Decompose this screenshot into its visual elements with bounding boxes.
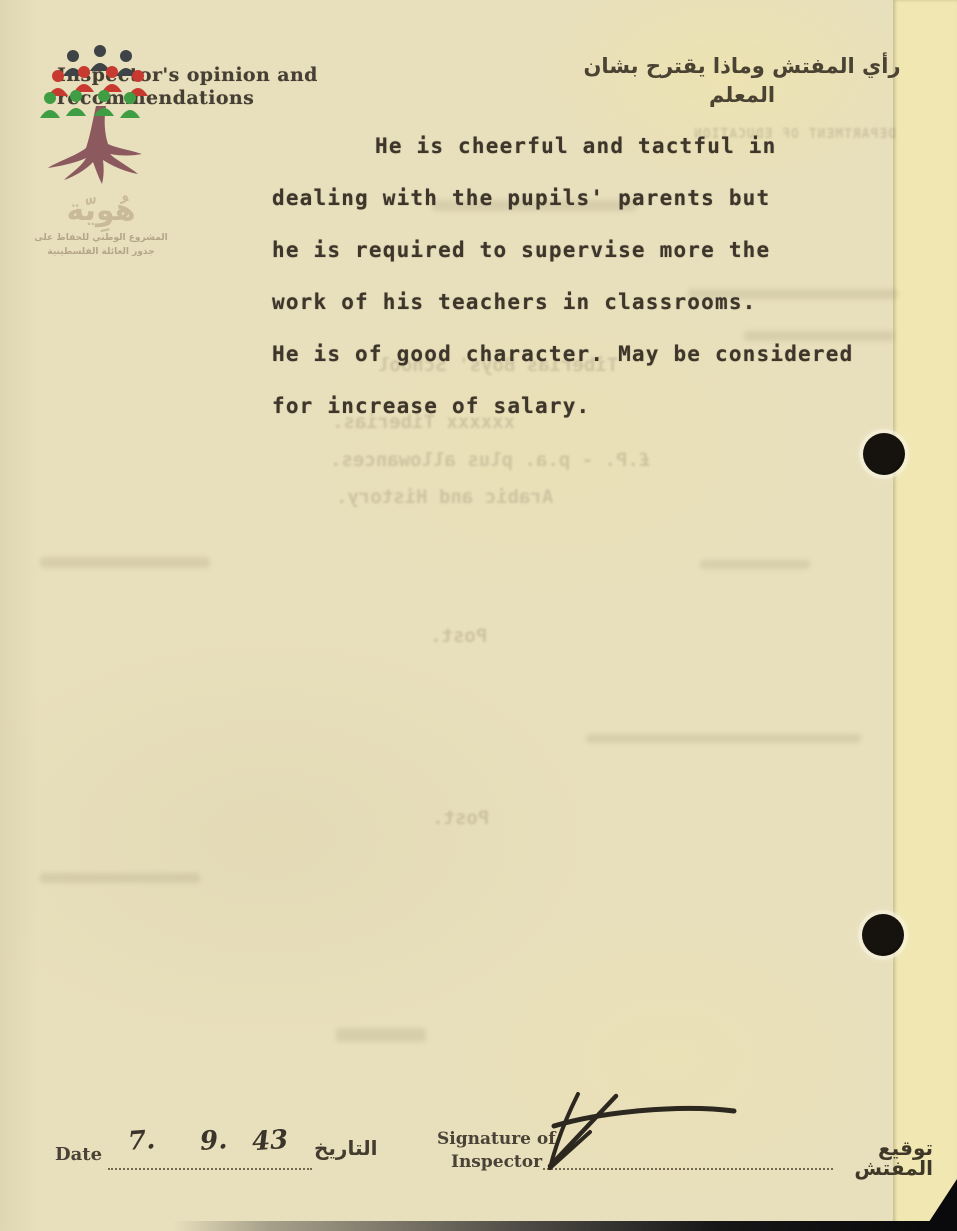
handwritten-date-month: 9. — [199, 1127, 228, 1155]
archive-watermark: هُوِيّة المشروع الوطني للحفاظ على جذور ا… — [26, 44, 176, 259]
hole-punch — [863, 433, 905, 475]
section-title-arabic: رأي المفتش وماذا يقترح بشان المعلم — [577, 52, 907, 111]
handwritten-date-day: 7. — [127, 1127, 156, 1155]
remark-line: for increase of salary. — [272, 380, 920, 432]
scan-edge-strip — [0, 1221, 957, 1231]
bleed-through-text: £.P. - p.a. plus allowances. — [330, 451, 650, 470]
bleed-through-text: Post. — [430, 627, 487, 646]
remark-line: he is required to supervise more the — [272, 224, 920, 276]
bleed-through-smudge — [40, 873, 200, 883]
hole-punch — [862, 914, 904, 956]
inspector-signature — [520, 1088, 780, 1183]
bleed-through-smudge — [586, 734, 861, 743]
remark-line: dealing with the pupils' parents but — [272, 172, 920, 224]
logo-tagline-line2: جذور العائلة الفلسطينية — [47, 247, 154, 257]
people-tree-icon — [26, 44, 176, 194]
scanned-document-page: DEPARTMENT OF EDUCATION Tiberias Boys' S… — [0, 0, 957, 1231]
typewritten-remarks: He is cheerful and tactful in dealing wi… — [272, 120, 920, 432]
logo-tagline-arabic: المشروع الوطني للحفاظ على جذور العائلة ا… — [26, 232, 176, 259]
bleed-through-smudge — [336, 1028, 426, 1042]
remark-line: He is of good character. May be consider… — [272, 328, 920, 380]
bleed-through-smudge — [40, 557, 210, 568]
logo-wordmark-arabic: هُوِيّة — [26, 196, 176, 226]
bleed-through-smudge — [700, 560, 810, 569]
bleed-through-text: Post. — [432, 809, 489, 828]
logo-tagline-line1: المشروع الوطني للحفاظ على — [34, 233, 167, 243]
date-label-english: Date — [55, 1146, 102, 1164]
date-label-arabic: التاريخ — [314, 1138, 377, 1158]
remark-line: He is cheerful and tactful in — [272, 120, 920, 172]
date-dotted-line: 7. 9. 43 — [108, 1134, 312, 1170]
bleed-through-text: Arabic and History. — [336, 488, 553, 507]
signature-label-arabic: توقيع المفتش — [833, 1138, 933, 1178]
handwritten-date-year: 43 — [251, 1127, 289, 1155]
remark-line: work of his teachers in classrooms. — [272, 276, 920, 328]
